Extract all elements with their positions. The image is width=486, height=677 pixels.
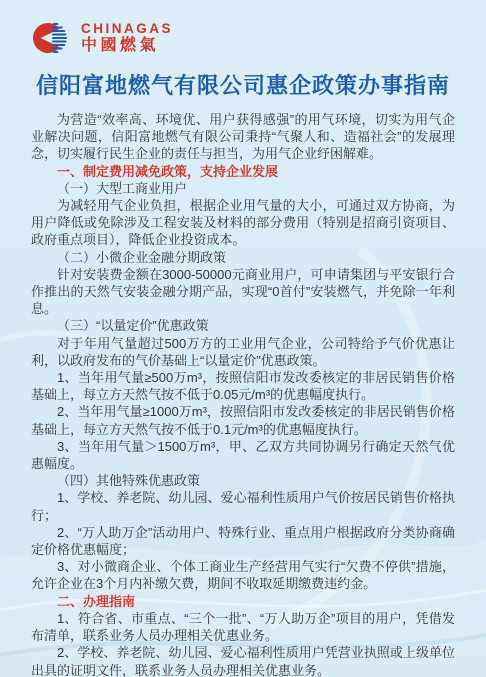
subsection-heading: （一）大型工商业用户 bbox=[31, 180, 455, 197]
paragraph: 2、“万人助万企”活动用户、特殊行业、重点用户根据政府分类协商确定价格优惠幅度； bbox=[31, 524, 455, 558]
paragraph: 1、当年用气量≥500万m³，按照信阳市发改委核定的非居民销售价格基础上，每立方… bbox=[31, 369, 455, 403]
paragraph: 3、当年用气量＞1500万m³，甲、乙双方共同协调另行确定天然气优惠幅度。 bbox=[31, 438, 455, 472]
intro-paragraph: 为营造“效率高、环境优、用户获得感强”的用气环境，切实为用气企业解决问题，信阳富… bbox=[31, 111, 455, 163]
paragraph: 2、学校、养老院、幼儿园、爱心福利性质用户凭营业执照或上级单位出具的证明文件，联… bbox=[31, 644, 455, 677]
subsection-heading: （四）其他特殊优惠政策 bbox=[31, 472, 455, 489]
subsection-heading: （二）小微企业金融分期政策 bbox=[31, 249, 455, 266]
paragraph: 1、符合省、市重点、“三个一批”、“万人助万企”项目的用户，凭借发布清单，联系业… bbox=[31, 610, 455, 644]
paragraph: 针对安装费金额在3000-50000元商业用户，可申请集团与平安银行合作推出的天… bbox=[31, 266, 455, 318]
subsection-heading: （三）“以量定价”优惠政策 bbox=[31, 317, 455, 334]
document-body: 为营造“效率高、环境优、用户获得感强”的用气环境，切实为用气企业解决问题，信阳富… bbox=[0, 111, 486, 677]
page-title: 信阳富地燃气有限公司惠企政策办事指南 bbox=[10, 69, 476, 100]
brand-wordmark: CHINAGAS 中國燃氣 bbox=[81, 21, 173, 55]
paragraph: 对于年用气量超过500万方的工业用气企业，公司特给予气价优惠让利，以政府发布的气… bbox=[31, 335, 455, 369]
paragraph: 3、对小微商企业、个体工商业生产经营用气实行“欠费不停供”措施，允许企业在3个月… bbox=[31, 558, 455, 592]
brand-header: CHINAGAS 中國燃氣 bbox=[0, 0, 486, 60]
paragraph: 1、学校、养老院、幼儿园、爱心福利性质用户气价按居民销售价格执行； bbox=[31, 489, 455, 523]
policy-poster: CHINAGAS 中國燃氣 信阳富地燃气有限公司惠企政策办事指南 为营造“效率高… bbox=[0, 0, 486, 677]
section-2-heading: 二、办理指南 bbox=[31, 593, 455, 610]
chinagas-logo-icon bbox=[30, 16, 74, 60]
brand-name-english: CHINAGAS bbox=[81, 21, 173, 37]
paragraph: 2、当年用气量≥1000万m³，按照信阳市发改委核定的非居民销售价格基础上，每立… bbox=[31, 403, 455, 437]
section-1-heading: 一、制定费用减免政策，支持企业发展 bbox=[31, 163, 455, 180]
paragraph: 为减轻用气企业负担，根据企业用气量的大小，可通过双方协商，为用户降低或免除涉及工… bbox=[31, 197, 455, 249]
brand-name-chinese: 中國燃氣 bbox=[81, 37, 173, 55]
